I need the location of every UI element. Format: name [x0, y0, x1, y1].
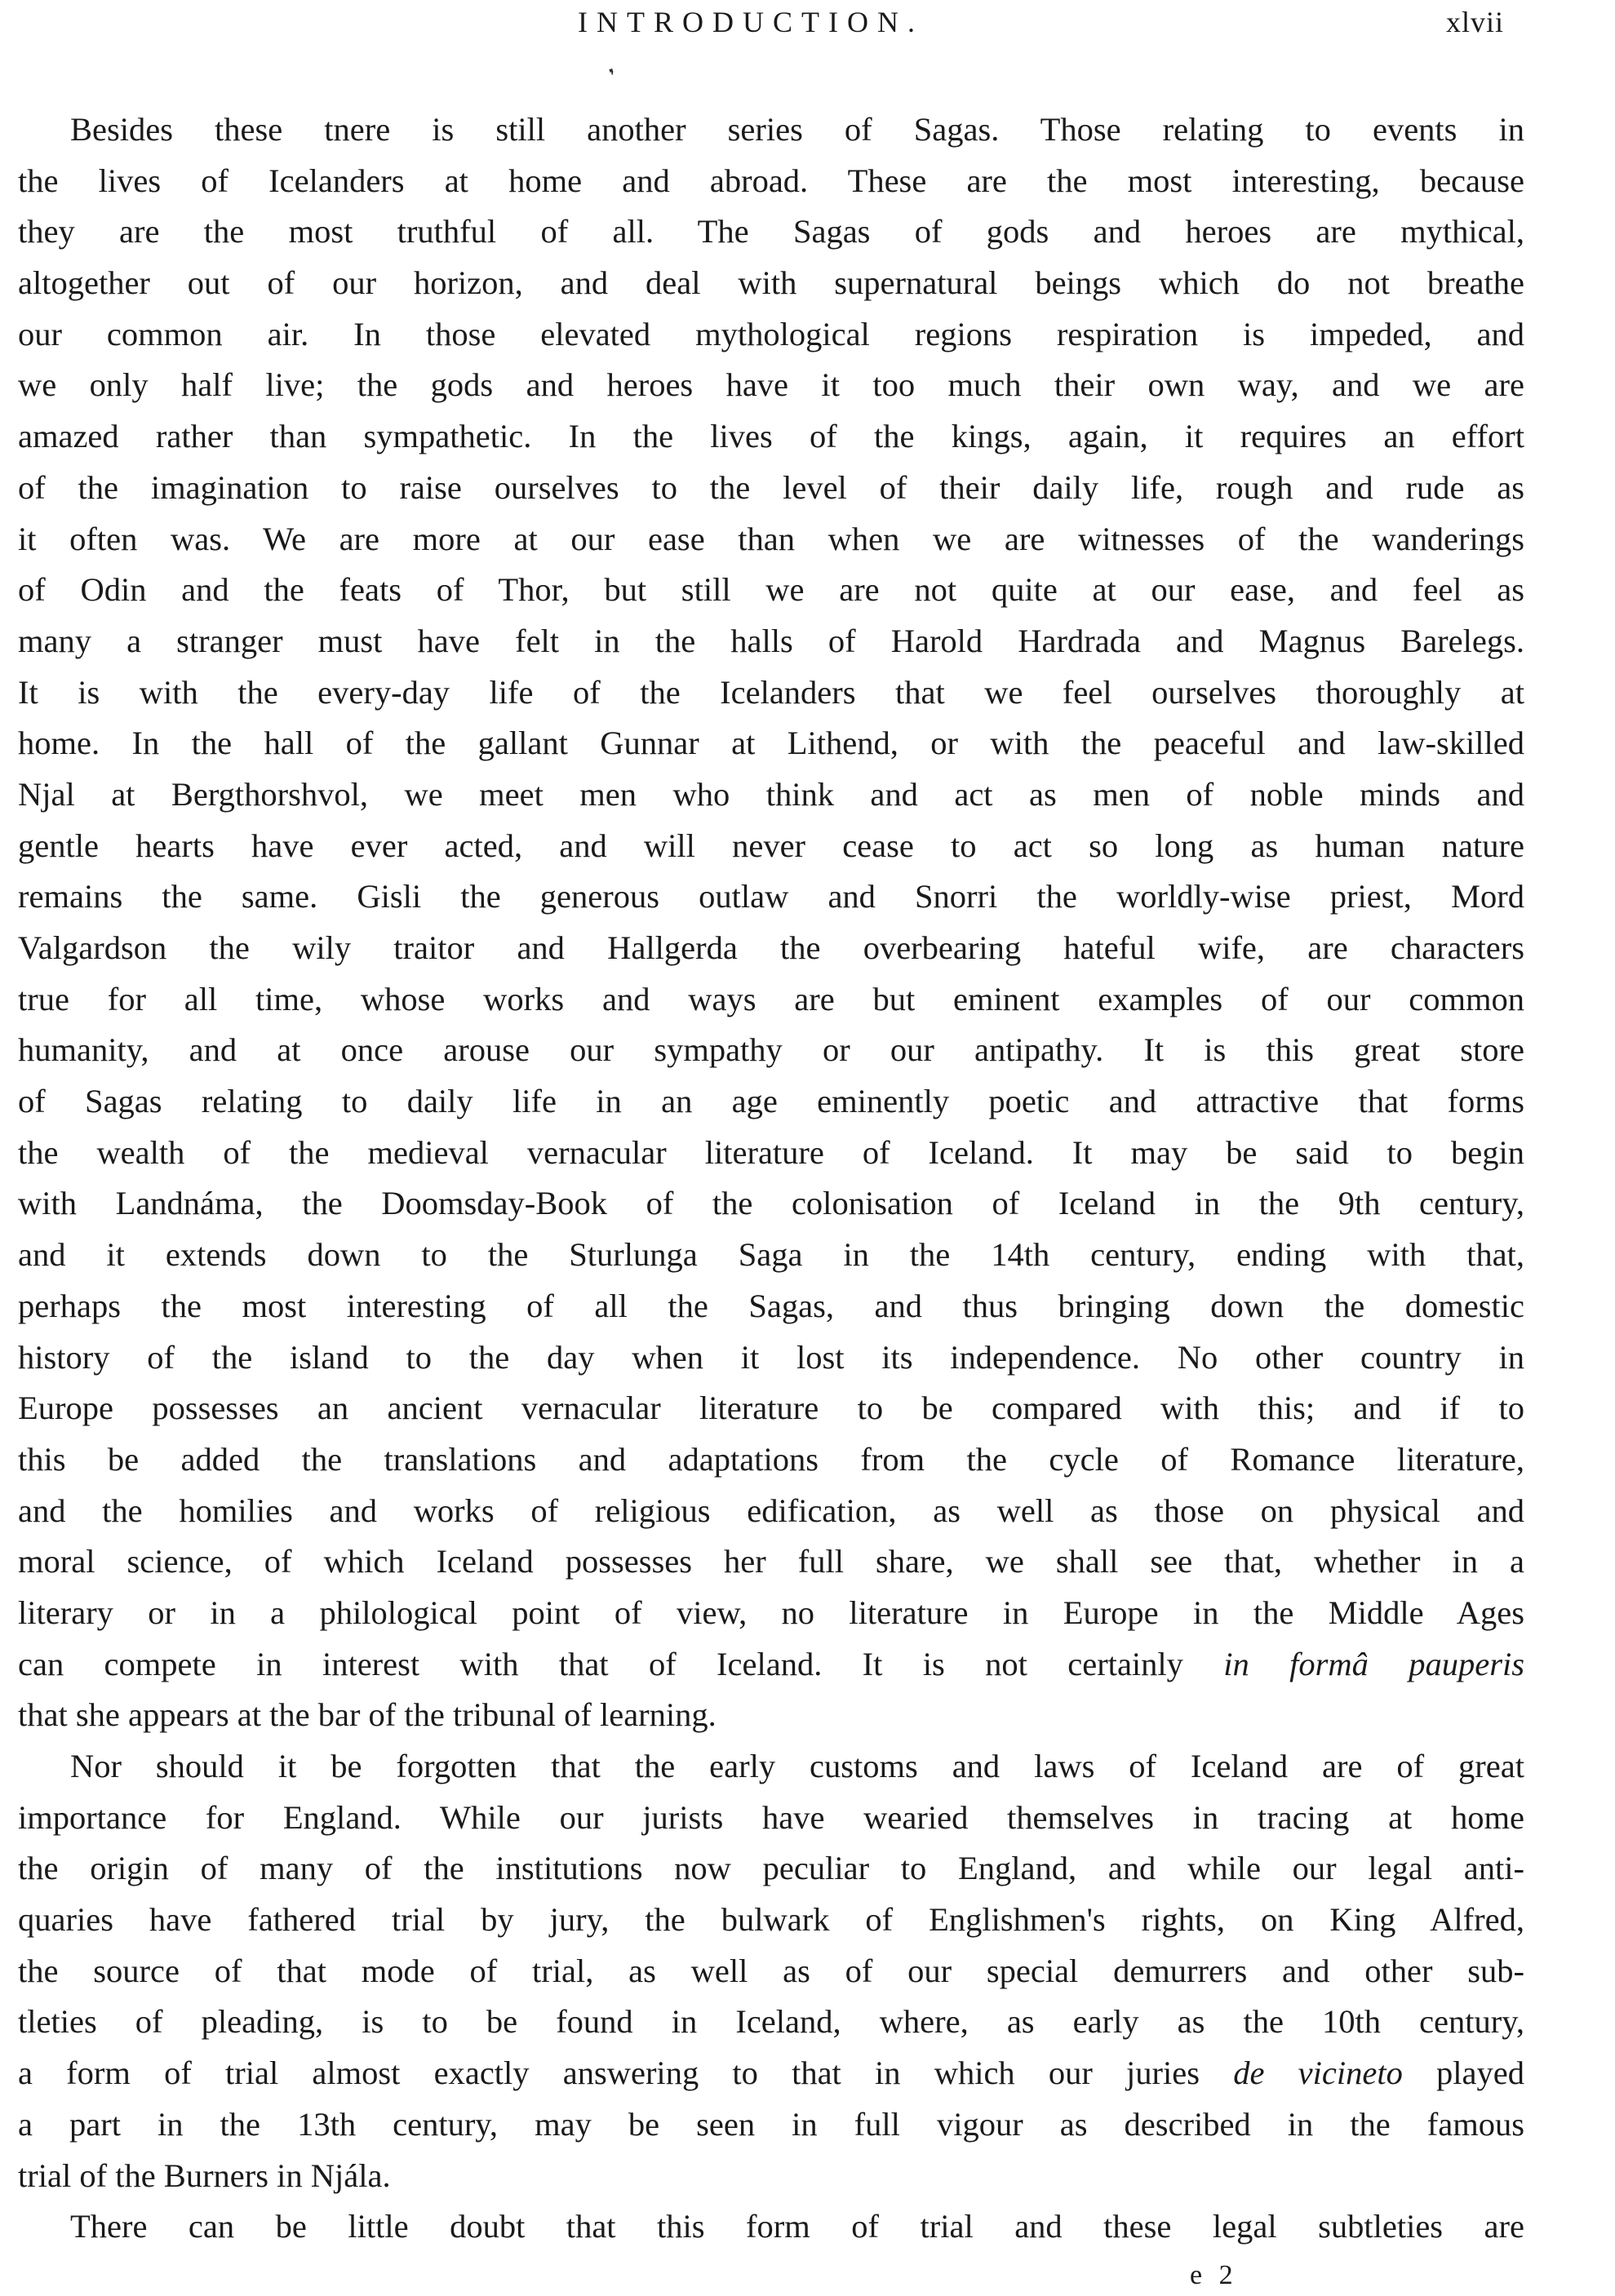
text-line: gentle hearts have ever acted, and will …: [18, 821, 1524, 872]
paragraph: Besides these tnere is still another ser…: [18, 104, 1524, 1741]
text-line: of the imagination to raise ourselves to…: [18, 463, 1524, 514]
body-text: Besides these tnere is still another ser…: [18, 104, 1524, 2253]
paragraph: There can be little doubt that this form…: [18, 2201, 1524, 2253]
text-line: with Landnáma, the Doomsday-Book of the …: [18, 1178, 1524, 1230]
text-line: a part in the 13th century, may be seen …: [18, 2099, 1524, 2151]
text-line: a form of trial almost exactly answering…: [18, 2048, 1524, 2099]
text-line: It is with the every-day life of the Ice…: [18, 667, 1524, 719]
text-line: they are the most truthful of all. The S…: [18, 206, 1524, 258]
page-number: xlvii: [1446, 5, 1504, 39]
running-header-title: INTRODUCTION.: [0, 5, 1502, 39]
text-line: the origin of many of the institutions n…: [18, 1843, 1524, 1895]
text-line: Nor should it be forgotten that the earl…: [18, 1741, 1524, 1793]
text-line: true for all time, whose works and ways …: [18, 974, 1524, 1026]
italic-phrase: de vicineto: [1233, 2054, 1403, 2091]
text-line: trial of the Burners in Njála.: [18, 2151, 1524, 2202]
text-line: it often was. We are more at our ease th…: [18, 514, 1524, 565]
text-line: Besides these tnere is still another ser…: [18, 104, 1524, 156]
text-line: remains the same. Gisli the generous out…: [18, 871, 1524, 923]
text-line: of Sagas relating to daily life in an ag…: [18, 1076, 1524, 1128]
italic-phrase: in formâ pauperis: [1223, 1646, 1524, 1682]
text-line: the wealth of the medieval vernacular li…: [18, 1128, 1524, 1179]
text-line: and the homilies and works of religious …: [18, 1486, 1524, 1537]
text-line: importance for England. While our jurist…: [18, 1793, 1524, 1844]
text-line: Valgardson the wily traitor and Hallgerd…: [18, 923, 1524, 974]
text-line: this be added the translations and adapt…: [18, 1434, 1524, 1486]
text-line: the lives of Icelanders at home and abro…: [18, 156, 1524, 207]
text-line: of Odin and the feats of Thor, but still…: [18, 565, 1524, 616]
text-line: altogether out of our horizon, and deal …: [18, 258, 1524, 309]
signature-mark: e 2: [1190, 2260, 1238, 2291]
text-line: home. In the hall of the gallant Gunnar …: [18, 718, 1524, 769]
text-line: many a stranger must have felt in the ha…: [18, 616, 1524, 667]
text-line: humanity, and at once arouse our sympath…: [18, 1025, 1524, 1076]
print-speck-mark: ❜: [607, 65, 620, 87]
text-line: we only half live; the gods and heroes h…: [18, 360, 1524, 411]
text-line: and it extends down to the Sturlunga Sag…: [18, 1230, 1524, 1281]
text-line: history of the island to the day when it…: [18, 1332, 1524, 1384]
text-line: There can be little doubt that this form…: [18, 2201, 1524, 2253]
text-line: Njal at Bergthorshvol, we meet men who t…: [18, 769, 1524, 821]
text-line: literary or in a philological point of v…: [18, 1588, 1524, 1639]
paragraph: Nor should it be forgotten that the earl…: [18, 1741, 1524, 2201]
text-line: can compete in interest with that of Ice…: [18, 1639, 1524, 1691]
text-line: that she appears at the bar of the tribu…: [18, 1690, 1524, 1741]
text-line: the source of that mode of trial, as wel…: [18, 1946, 1524, 1997]
text-line: perhaps the most interesting of all the …: [18, 1281, 1524, 1332]
text-line: Europe possesses an ancient vernacular l…: [18, 1383, 1524, 1434]
text-line: amazed rather than sympathetic. In the l…: [18, 411, 1524, 463]
text-line: our common air. In those elevated mythol…: [18, 309, 1524, 361]
text-line: moral science, of which Iceland possesse…: [18, 1536, 1524, 1588]
text-line: quaries have fathered trial by jury, the…: [18, 1895, 1524, 1946]
text-line: tleties of pleading, is to be found in I…: [18, 1997, 1524, 2048]
